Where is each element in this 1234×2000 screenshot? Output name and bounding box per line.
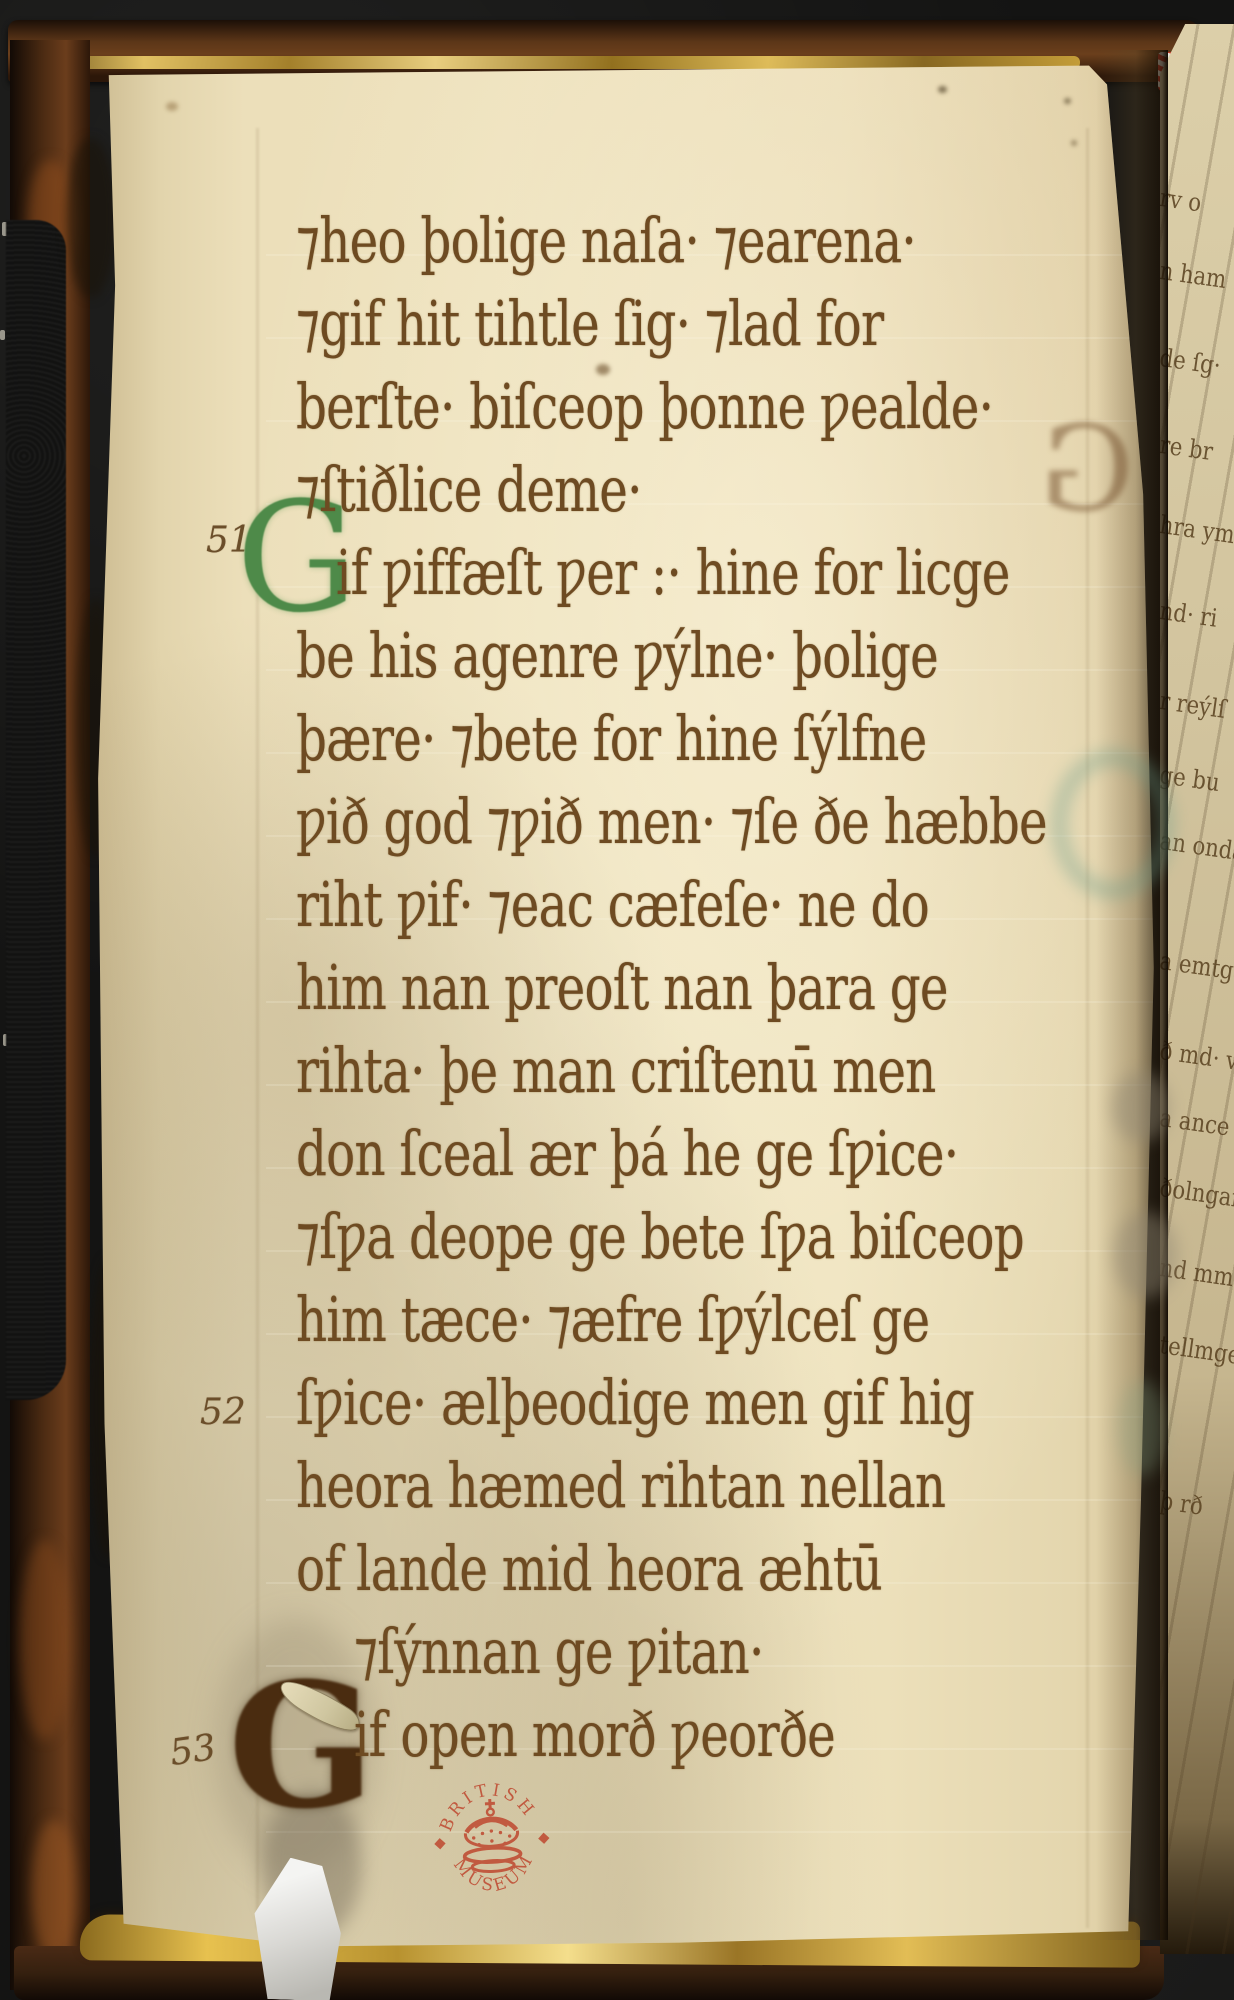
manuscript-line: him nan preoſt nan þara ge [296, 957, 948, 1019]
facing-page-text: tellmge [1160, 1330, 1234, 1370]
facing-page-text: ð md· v [1160, 1036, 1234, 1076]
facing-page-text: nd· ri [1160, 596, 1219, 633]
facing-page-text: de ſg· [1160, 343, 1223, 380]
crown-icon [462, 1798, 522, 1873]
manuscript-line: ſƿice· ælþeodige men gif hig [296, 1372, 974, 1434]
gilt-top-edge [40, 56, 1080, 69]
facing-page-text: a emtga [1160, 946, 1234, 987]
svg-text:MUSEUM: MUSEUM [448, 1849, 540, 1898]
stamp-left-dot [434, 1838, 445, 1849]
manuscript-line: berſte· biſceop þonne ƿealde· [296, 376, 993, 438]
facing-page-text: a ance bry [1160, 1103, 1234, 1147]
facing-page-edge: rv o n ham de ſg· re br hra ym nd· ri r … [1160, 24, 1234, 1954]
manuscript-line: ⁊ſtiðlice deme· [296, 459, 642, 521]
facing-page-text: hra ym [1160, 510, 1234, 549]
stamp-top-text-path: BRITISH [434, 1778, 541, 1836]
manuscript-line: of lande mid heora æhtū [296, 1538, 882, 1600]
facing-page-text: ðolngaſ [1160, 1173, 1234, 1213]
facing-page-text: r reýlſ [1160, 686, 1228, 724]
manuscript-line: him tæce· ⁊æfre ſƿýlceſ ge [296, 1289, 929, 1351]
facing-page-text: ge bu [1160, 760, 1222, 797]
manuscript-line: be his agenre ƿýlne· þolige [296, 625, 938, 687]
manuscript-line: ⁊ſƿa deope ge bete ſƿa biſceop [296, 1206, 1024, 1268]
margin-number-53: 53 [167, 1727, 218, 1774]
manuscript-line: ⁊heo þolige naſa· ⁊earena· [296, 210, 916, 272]
manuscript-line: if ƿiffæſt ƿer :· hine for licge [336, 542, 1010, 604]
manuscript-line: þære· ⁊bete for hine ſýlfne [296, 708, 926, 770]
gutter-crease [1096, 50, 1168, 1940]
manuscript-line: riht ƿif· ⁊eac cæfeſe· ne do [296, 874, 929, 936]
stamp-bottom-text-path: MUSEUM [448, 1849, 540, 1898]
manuscript-line: don ſceal ær þá he ge ſƿice· [296, 1123, 958, 1185]
facing-page-text: nd mm [1160, 1253, 1234, 1292]
manuscript-line: ⁊gif hit tihtle ſig· ⁊lad for [296, 293, 883, 355]
manuscript-photo: rv o n ham de ſg· re br hra ym nd· ri r … [0, 0, 1234, 2000]
stamp-right-dot [538, 1833, 549, 1844]
svg-text:BRITISH: BRITISH [434, 1778, 541, 1836]
manuscript-line: rihta· þe man criſtenū men [296, 1040, 936, 1102]
british-museum-stamp: BRITISH MUSEUM [430, 1754, 555, 1932]
manuscript-line: heora hæmed rihtan nellan [296, 1455, 945, 1517]
manuscript-line: if open morð ƿeorðe [354, 1704, 835, 1766]
manuscript-line: ⁊ſýnnan ge ƿitan· [354, 1621, 764, 1683]
margin-number-52: 52 [200, 1392, 246, 1433]
backdrop-fleck [0, 330, 5, 340]
facing-page-text: re br [1160, 430, 1215, 466]
facing-page-text: n ham [1160, 256, 1228, 294]
facing-page-text: an onda [1160, 826, 1234, 867]
manuscript-line: ƿið god ⁊ƿið men· ⁊ſe ðe hæbbe [296, 791, 1047, 853]
